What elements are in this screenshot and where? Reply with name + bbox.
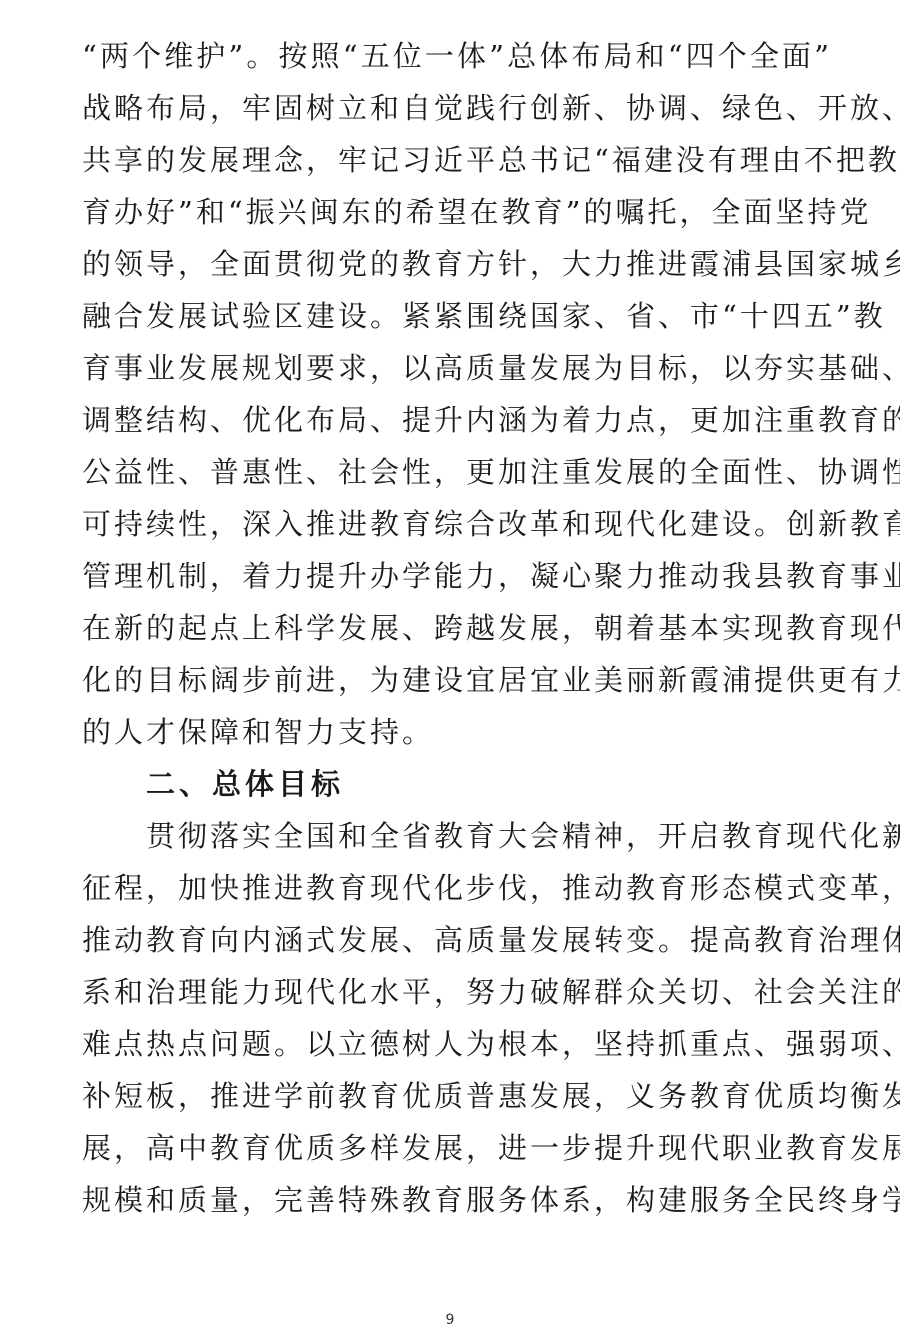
text-line: 育办好”和“振兴闽东的希望在教育”的嘱托，全面坚持党: [82, 186, 832, 238]
text-line: 展，高中教育优质多样发展，进一步提升现代职业教育发展: [82, 1122, 832, 1174]
text-line: 系和治理能力现代化水平，努力破解群众关切、社会关注的: [82, 966, 832, 1018]
text-line: 管理机制，着力提升办学能力，凝心聚力推动我县教育事业: [82, 550, 832, 602]
text-line: “两个维护”。按照“五位一体”总体布局和“四个全面”: [82, 30, 832, 82]
text-line: 育事业发展规划要求，以高质量发展为目标，以夯实基础、: [82, 342, 832, 394]
text-line: 在新的起点上科学发展、跨越发展，朝着基本实现教育现代: [82, 602, 832, 654]
text-line: 战略布局，牢固树立和自觉践行创新、协调、绿色、开放、: [82, 82, 832, 134]
text-line: 可持续性，深入推进教育综合改革和现代化建设。创新教育: [82, 498, 832, 550]
text-line: 的领导，全面贯彻党的教育方针，大力推进霞浦县国家城乡: [82, 238, 832, 290]
body-text: “两个维护”。按照“五位一体”总体布局和“四个全面” 战略布局，牢固树立和自觉践…: [82, 30, 832, 1226]
text-line: 公益性、普惠性、社会性，更加注重发展的全面性、协调性、: [82, 446, 832, 498]
text-line: 的人才保障和智力支持。: [82, 706, 832, 758]
document-page: “两个维护”。按照“五位一体”总体布局和“四个全面” 战略布局，牢固树立和自觉践…: [0, 0, 900, 1344]
text-line: 融合发展试验区建设。紧紧围绕国家、省、市“十四五”教: [82, 290, 832, 342]
text-line: 规模和质量，完善特殊教育服务体系，构建服务全民终身学: [82, 1174, 832, 1226]
text-line: 化的目标阔步前进，为建设宜居宜业美丽新霞浦提供更有力: [82, 654, 832, 706]
text-line: 贯彻落实全国和全省教育大会精神，开启教育现代化新: [82, 810, 832, 862]
section-heading: 二、总体目标: [82, 758, 832, 810]
text-line: 补短板，推进学前教育优质普惠发展，义务教育优质均衡发: [82, 1070, 832, 1122]
text-line: 推动教育向内涵式发展、高质量发展转变。提高教育治理体: [82, 914, 832, 966]
text-line: 共享的发展理念，牢记习近平总书记“福建没有理由不把教: [82, 134, 832, 186]
page-number: 9: [0, 1312, 900, 1328]
text-line: 难点热点问题。以立德树人为根本，坚持抓重点、强弱项、: [82, 1018, 832, 1070]
text-line: 征程，加快推进教育现代化步伐，推动教育形态模式变革，: [82, 862, 832, 914]
text-line: 调整结构、优化布局、提升内涵为着力点，更加注重教育的: [82, 394, 832, 446]
